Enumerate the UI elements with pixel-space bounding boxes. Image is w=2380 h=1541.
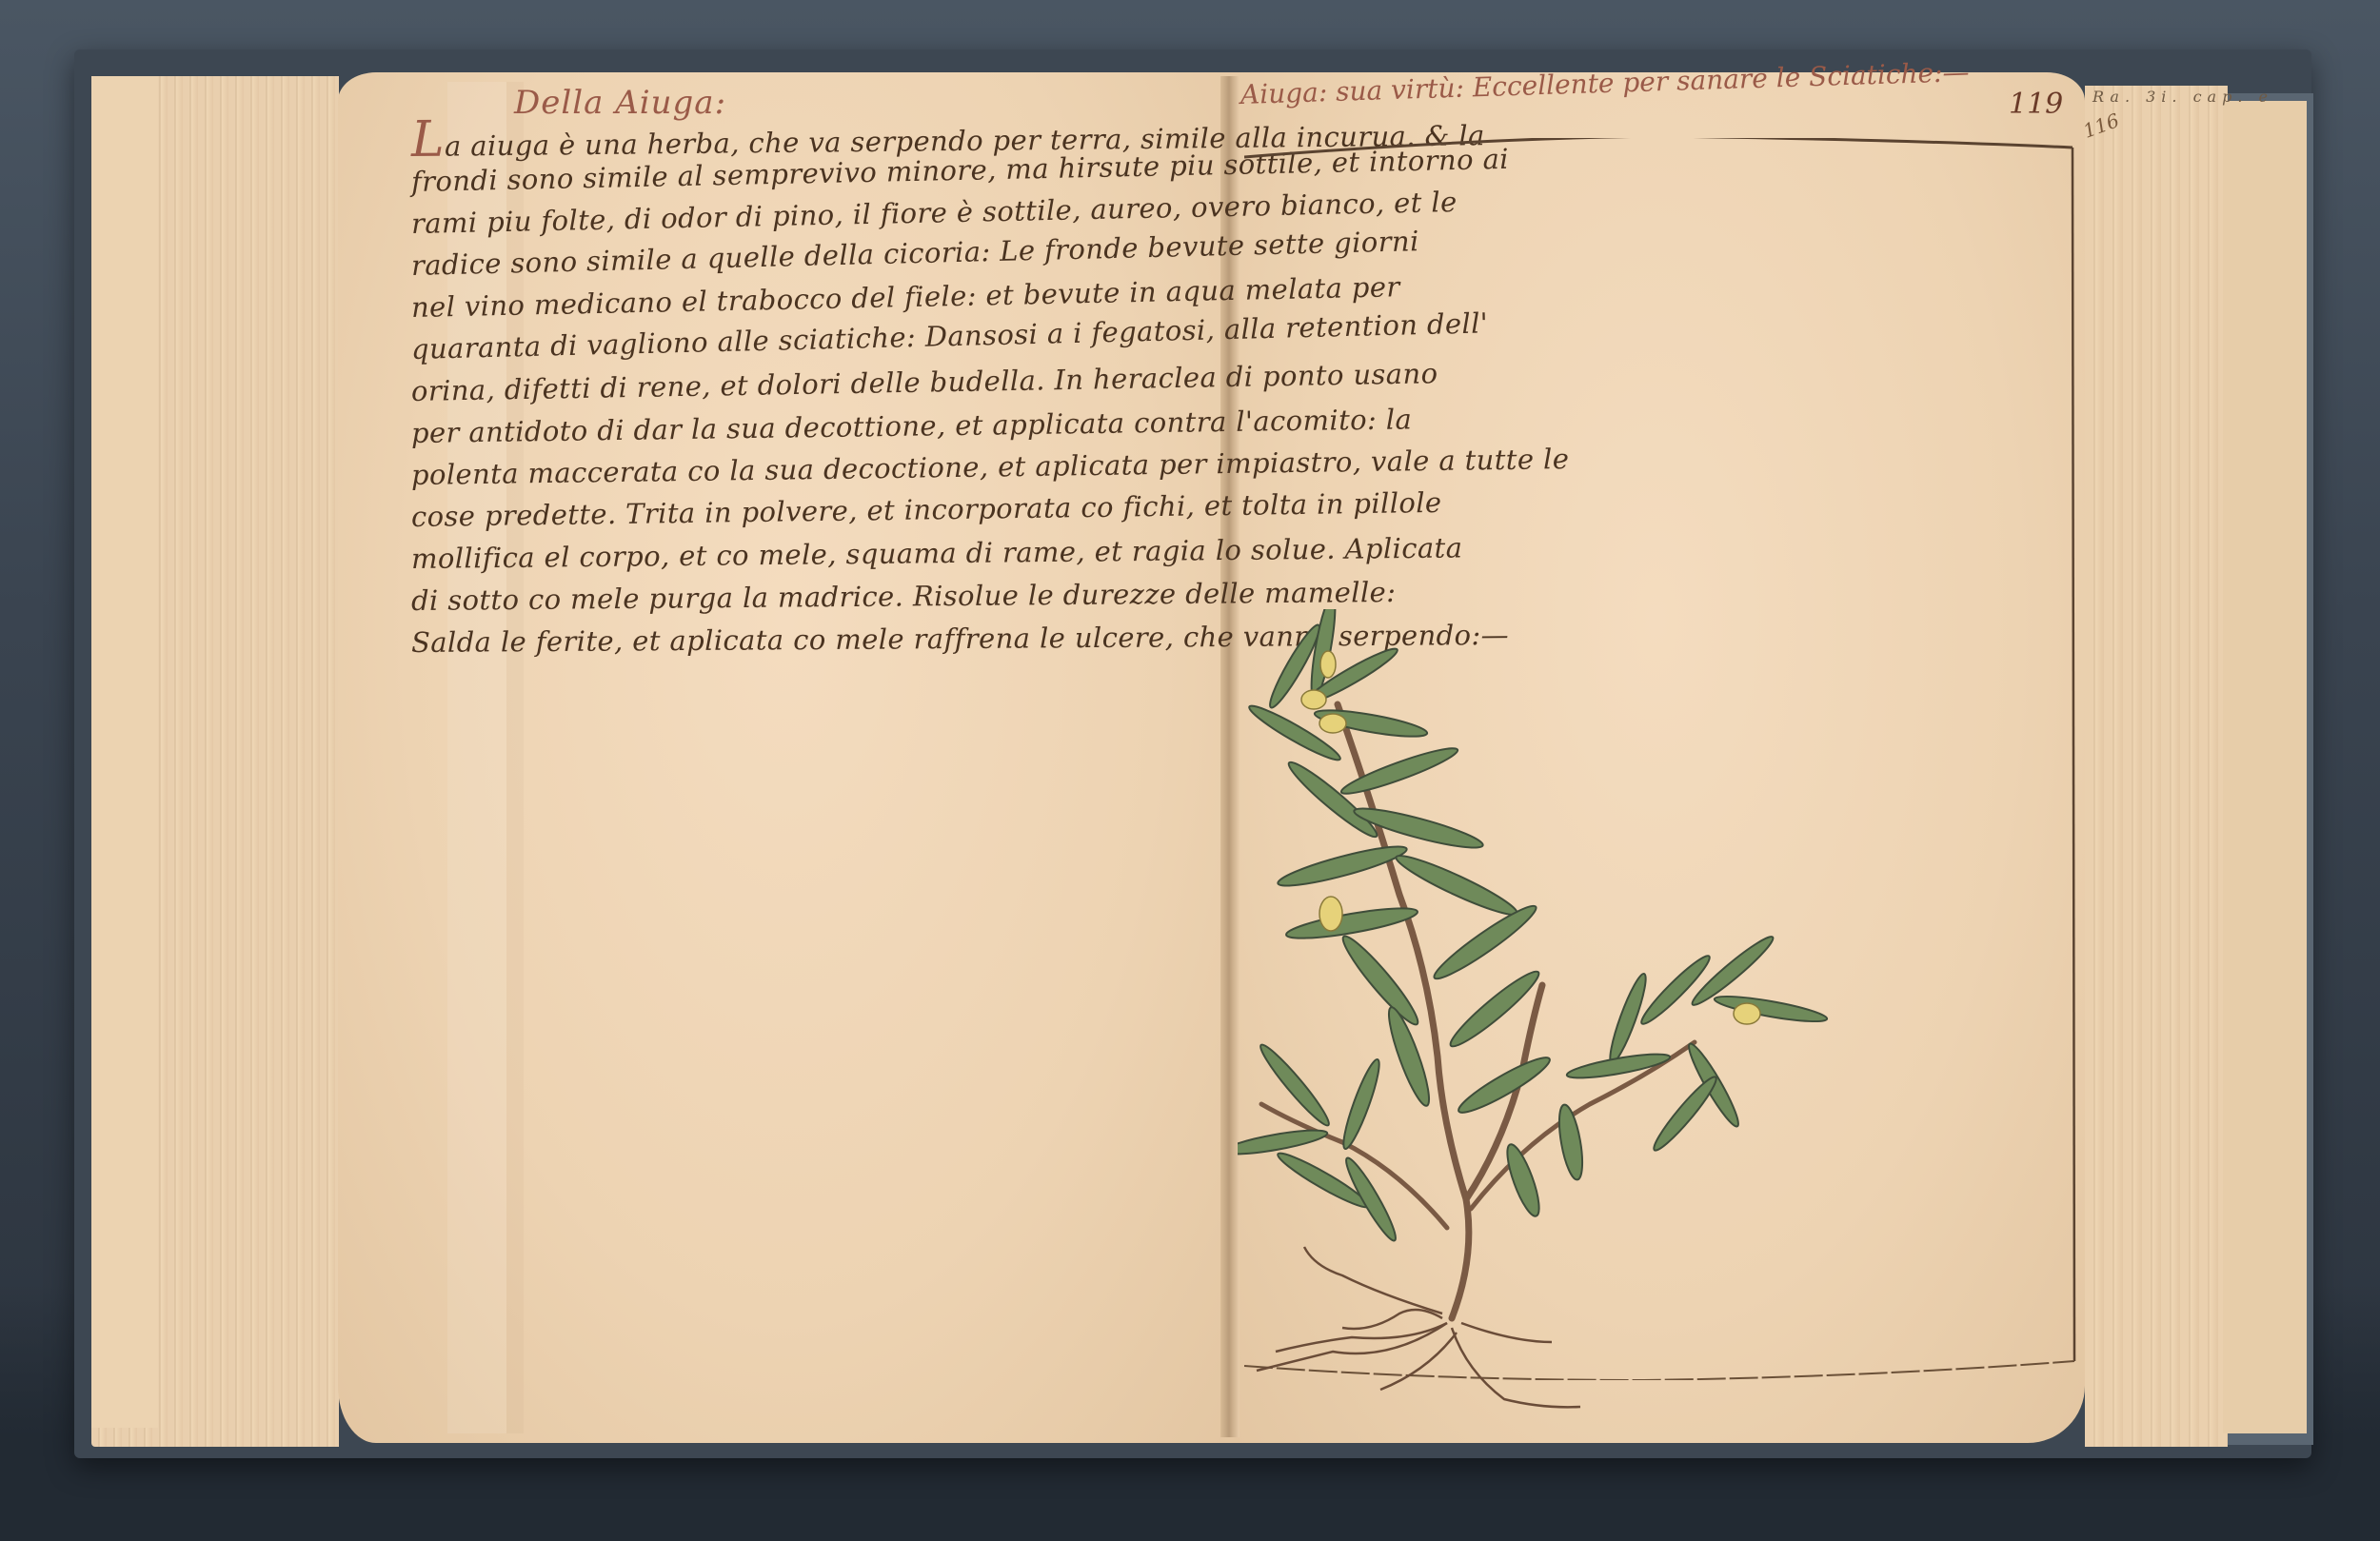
left-endpaper [91,76,158,1428]
folio-number: 119 [2009,88,2063,121]
text-line: Salda le ferite, et aplicata co mele raf… [411,616,1230,663]
fore-edge-marks: Ra. 3i. cap. e [2092,88,2273,106]
aiuga-plant-illustration [1238,609,1866,1418]
right-endpaper [2223,101,2307,1433]
right-page-block [2085,86,2228,1447]
text-line: mollifica el corpo, et co mele, squama d… [411,529,1230,580]
manuscript-text: La aiuga è una herba, che va serpendo pe… [411,119,1230,663]
roots [1257,1247,1580,1407]
text-line: di sotto co mele purga la madrice. Risol… [411,572,1230,622]
